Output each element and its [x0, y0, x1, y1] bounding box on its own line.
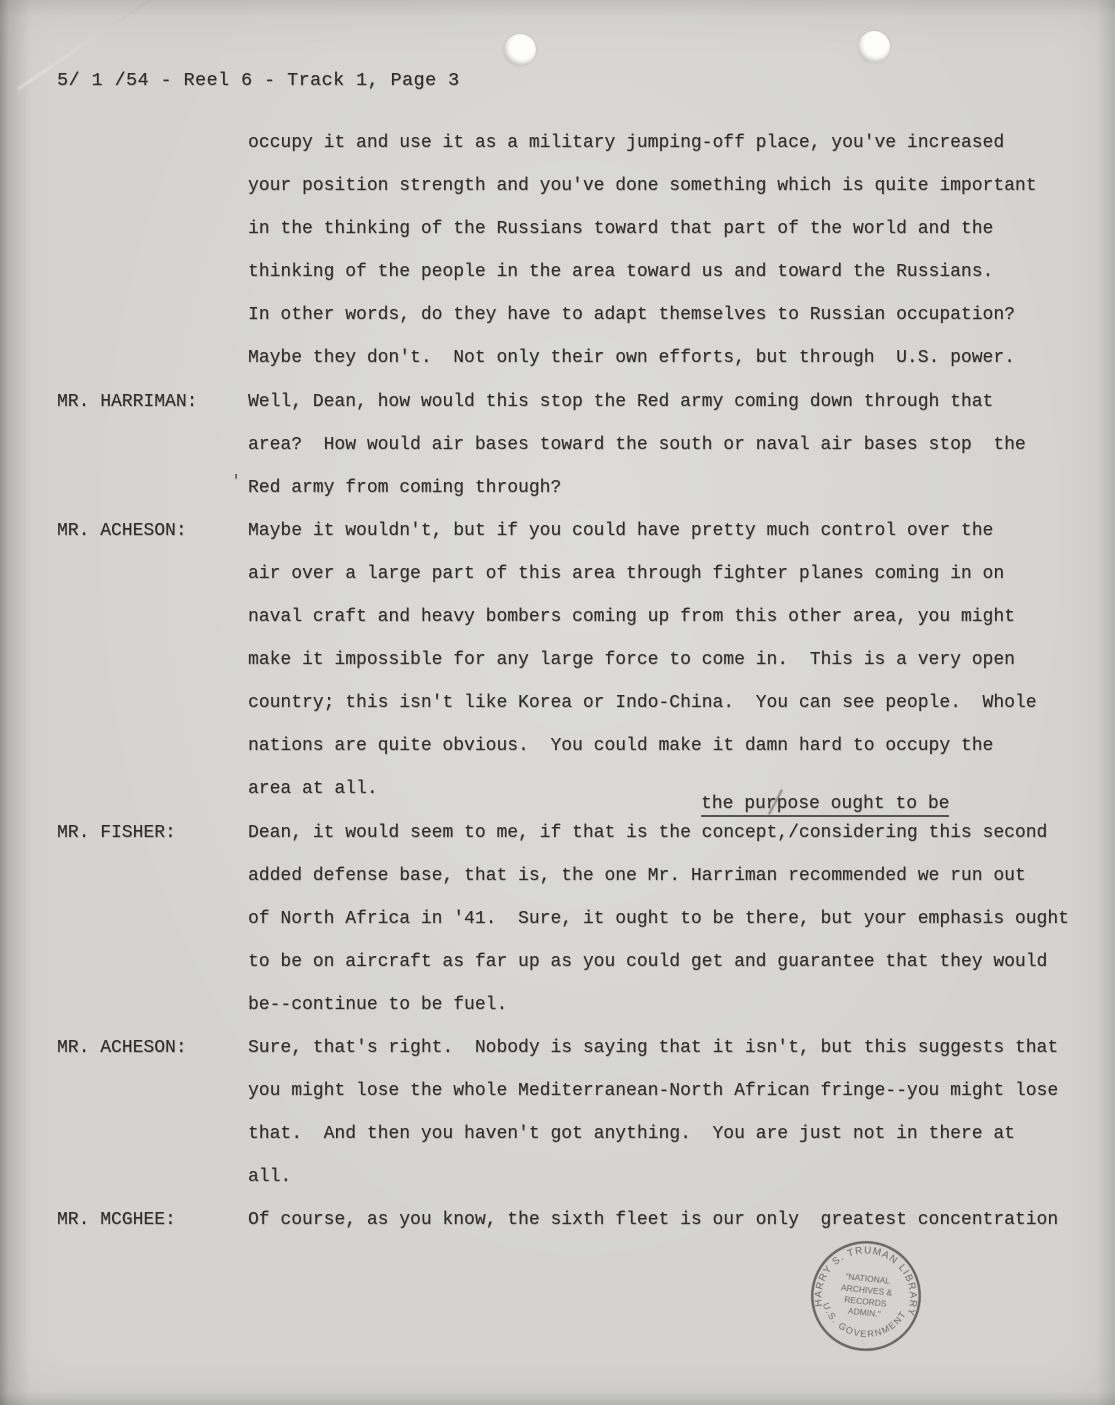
archives-stamp-icon: HARRY S. TRUMAN LIBRARY U.S. GOVERNMENT …	[798, 1228, 934, 1364]
stray-mark: '	[231, 473, 241, 492]
entry-lines: Maybe it wouldn't, but if you could have…	[248, 510, 1097, 812]
transcript-line: nations are quite obvious. You could mak…	[248, 725, 1097, 768]
stamp-center-text: "NATIONAL ARCHIVES & RECORDS ADMIN."	[838, 1271, 894, 1320]
transcript-line: air over a large part of this area throu…	[248, 553, 1097, 596]
transcript-line: make it impossible for any large force t…	[248, 639, 1097, 682]
transcript-line: that. And then you haven't got anything.…	[248, 1113, 1097, 1156]
transcript-line: thinking of the people in the area towar…	[248, 251, 1097, 294]
transcript-line: you might lose the whole Mediterranean-N…	[248, 1070, 1097, 1113]
transcript-line: Maybe it wouldn't, but if you could have…	[248, 510, 1097, 553]
transcript-line: Sure, that's right. Nobody is saying tha…	[248, 1027, 1097, 1070]
speaker-label: MR. MCGHEE:	[57, 1199, 248, 1242]
transcript-line: area? How would air bases toward the sou…	[248, 424, 1097, 467]
transcript-line: your position strength and you've done s…	[248, 165, 1097, 208]
transcript-line: to be on aircraft as far up as you could…	[248, 941, 1097, 984]
hole-punch-icon	[858, 31, 890, 63]
speaker-label: MR. ACHESON:	[57, 510, 248, 553]
transcript-entry: MR. ACHESON: Maybe it wouldn't, but if y…	[57, 510, 1097, 812]
entry-lines: Sure, that's right. Nobody is saying tha…	[248, 1027, 1097, 1199]
entry-lines: Dean, it would seem to me, if that is th…	[248, 812, 1097, 1027]
transcript-line: added defense base, that is, the one Mr.…	[248, 855, 1097, 898]
entry-lines: Well, Dean, how would this stop the Red …	[248, 381, 1097, 510]
transcript-line: all.	[248, 1156, 1097, 1199]
transcript-line: occupy it and use it as a military jumpi…	[248, 122, 1097, 165]
handwritten-insert: the purpose ought to be	[701, 794, 949, 817]
transcript-line: Maybe they don't. Not only their own eff…	[248, 337, 1097, 380]
transcript-line: Well, Dean, how would this stop the Red …	[248, 381, 1097, 424]
transcript-entry: MR. ACHESON: Sure, that's right. Nobody …	[57, 1027, 1097, 1199]
transcript-line: area at all.	[248, 768, 1097, 811]
hole-punch-icon	[504, 34, 536, 66]
entry-lines: occupy it and use it as a military jumpi…	[248, 122, 1097, 381]
transcript-entry: MR. MCGHEE: Of course, as you know, the …	[57, 1199, 1097, 1242]
transcript-entry: MR. HARRIMAN: Well, Dean, how would this…	[57, 381, 1097, 510]
transcript-line: Red army from coming through?	[248, 467, 1097, 510]
speaker-label: MR. HARRIMAN:	[57, 381, 248, 424]
document-page: 5/ 1 /54 - Reel 6 - Track 1, Page 3 occu…	[0, 0, 1115, 1405]
transcript-line: of North Africa in '41. Sure, it ought t…	[248, 898, 1097, 941]
transcript: occupy it and use it as a military jumpi…	[57, 122, 1097, 1242]
transcript-entry: MR. FISHER: Dean, it would seem to me, i…	[57, 812, 1097, 1027]
page-header: 5/ 1 /54 - Reel 6 - Track 1, Page 3	[57, 70, 460, 91]
transcript-line: Dean, it would seem to me, if that is th…	[248, 812, 1097, 855]
transcript-entry: occupy it and use it as a military jumpi…	[57, 122, 1097, 381]
transcript-line: country; this isn't like Korea or Indo-C…	[248, 682, 1097, 725]
entry-lines: Of course, as you know, the sixth fleet …	[248, 1199, 1097, 1242]
speaker-label	[57, 122, 248, 165]
speaker-label: MR. FISHER:	[57, 812, 248, 855]
transcript-line: be--continue to be fuel.	[248, 984, 1097, 1027]
speaker-label: MR. ACHESON:	[57, 1027, 248, 1070]
transcript-line: In other words, do they have to adapt th…	[248, 294, 1097, 337]
transcript-line: in the thinking of the Russians toward t…	[248, 208, 1097, 251]
stamp-center-line: ADMIN."	[848, 1306, 882, 1319]
transcript-line: naval craft and heavy bombers coming up …	[248, 596, 1097, 639]
transcript-line: Of course, as you know, the sixth fleet …	[248, 1199, 1097, 1242]
